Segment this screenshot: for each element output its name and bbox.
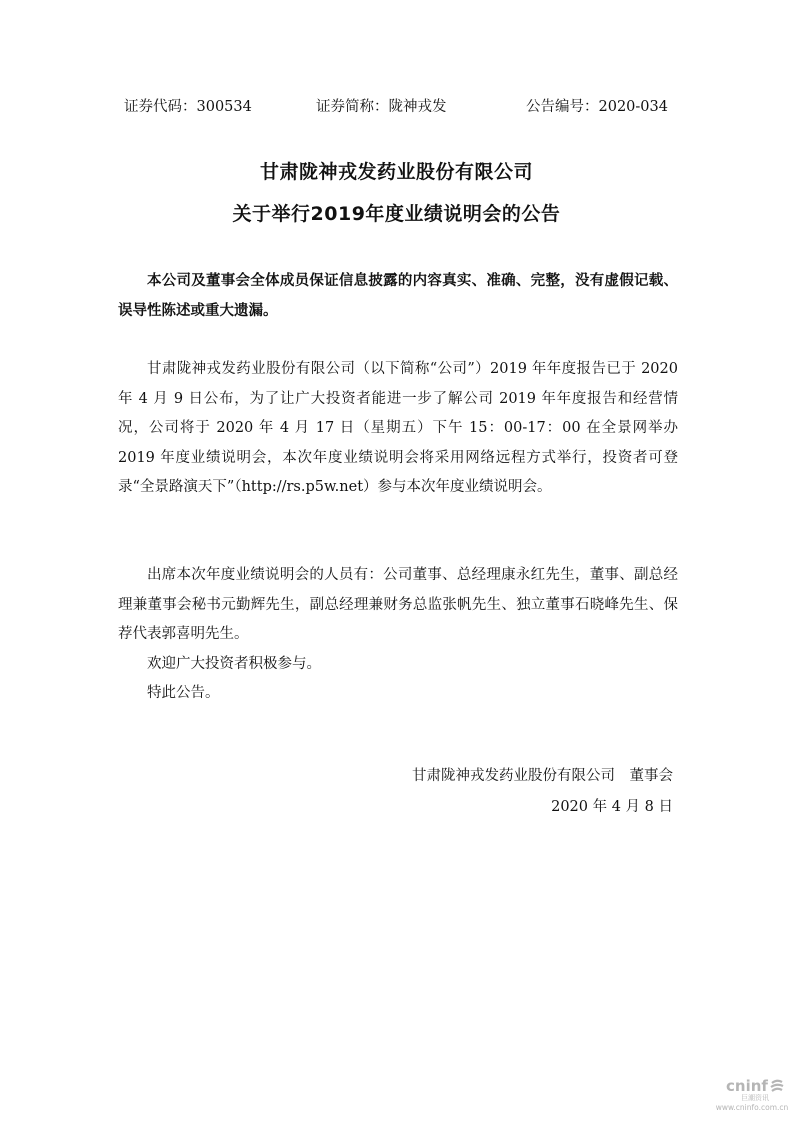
document-header: 证券代码：300534 证券简称：陇神戎发 公告编号：2020-034: [0, 95, 793, 115]
signature-date: 2020 年 4 月 8 日: [551, 795, 673, 816]
watermark-brand: cninf: [726, 1078, 768, 1094]
body-paragraph-1: 甘肃陇神戎发药业股份有限公司（以下简称“公司”）2019 年年度报告已于 202…: [118, 355, 678, 503]
stock-code: 证券代码：300534: [124, 95, 252, 116]
body-paragraph-3: 欢迎广大投资者积极参与。: [118, 650, 678, 680]
signature-issuer: 甘肃陇神戎发药业股份有限公司 董事会: [412, 764, 673, 785]
announcement-title: 关于举行2019年度业绩说明会的公告: [0, 199, 793, 226]
body-paragraph-4: 特此公告。: [118, 679, 678, 709]
body-paragraph-2: 出席本次年度业绩说明会的人员有：公司董事、总经理康永红先生，董事、副总经理兼董事…: [118, 561, 678, 650]
watermark-brand-cn: 巨潮资讯: [720, 1094, 790, 1103]
cninfo-watermark: cninf 巨潮资讯 www.cninfo.com.cn: [720, 1078, 790, 1113]
stock-short-name: 证券简称：陇神戎发: [316, 95, 447, 116]
announcement-number: 公告编号：2020-034: [526, 95, 668, 116]
cninfo-logo: cninf: [720, 1078, 790, 1094]
watermark-url: www.cninfo.com.cn: [714, 1103, 790, 1113]
disclaimer-paragraph: 本公司及董事会全体成员保证信息披露的内容真实、准确、完整，没有虚假记载、误导性陈…: [118, 266, 678, 326]
cninfo-swirl-icon: [770, 1079, 784, 1093]
company-title: 甘肃陇神戎发药业股份有限公司: [0, 157, 793, 184]
